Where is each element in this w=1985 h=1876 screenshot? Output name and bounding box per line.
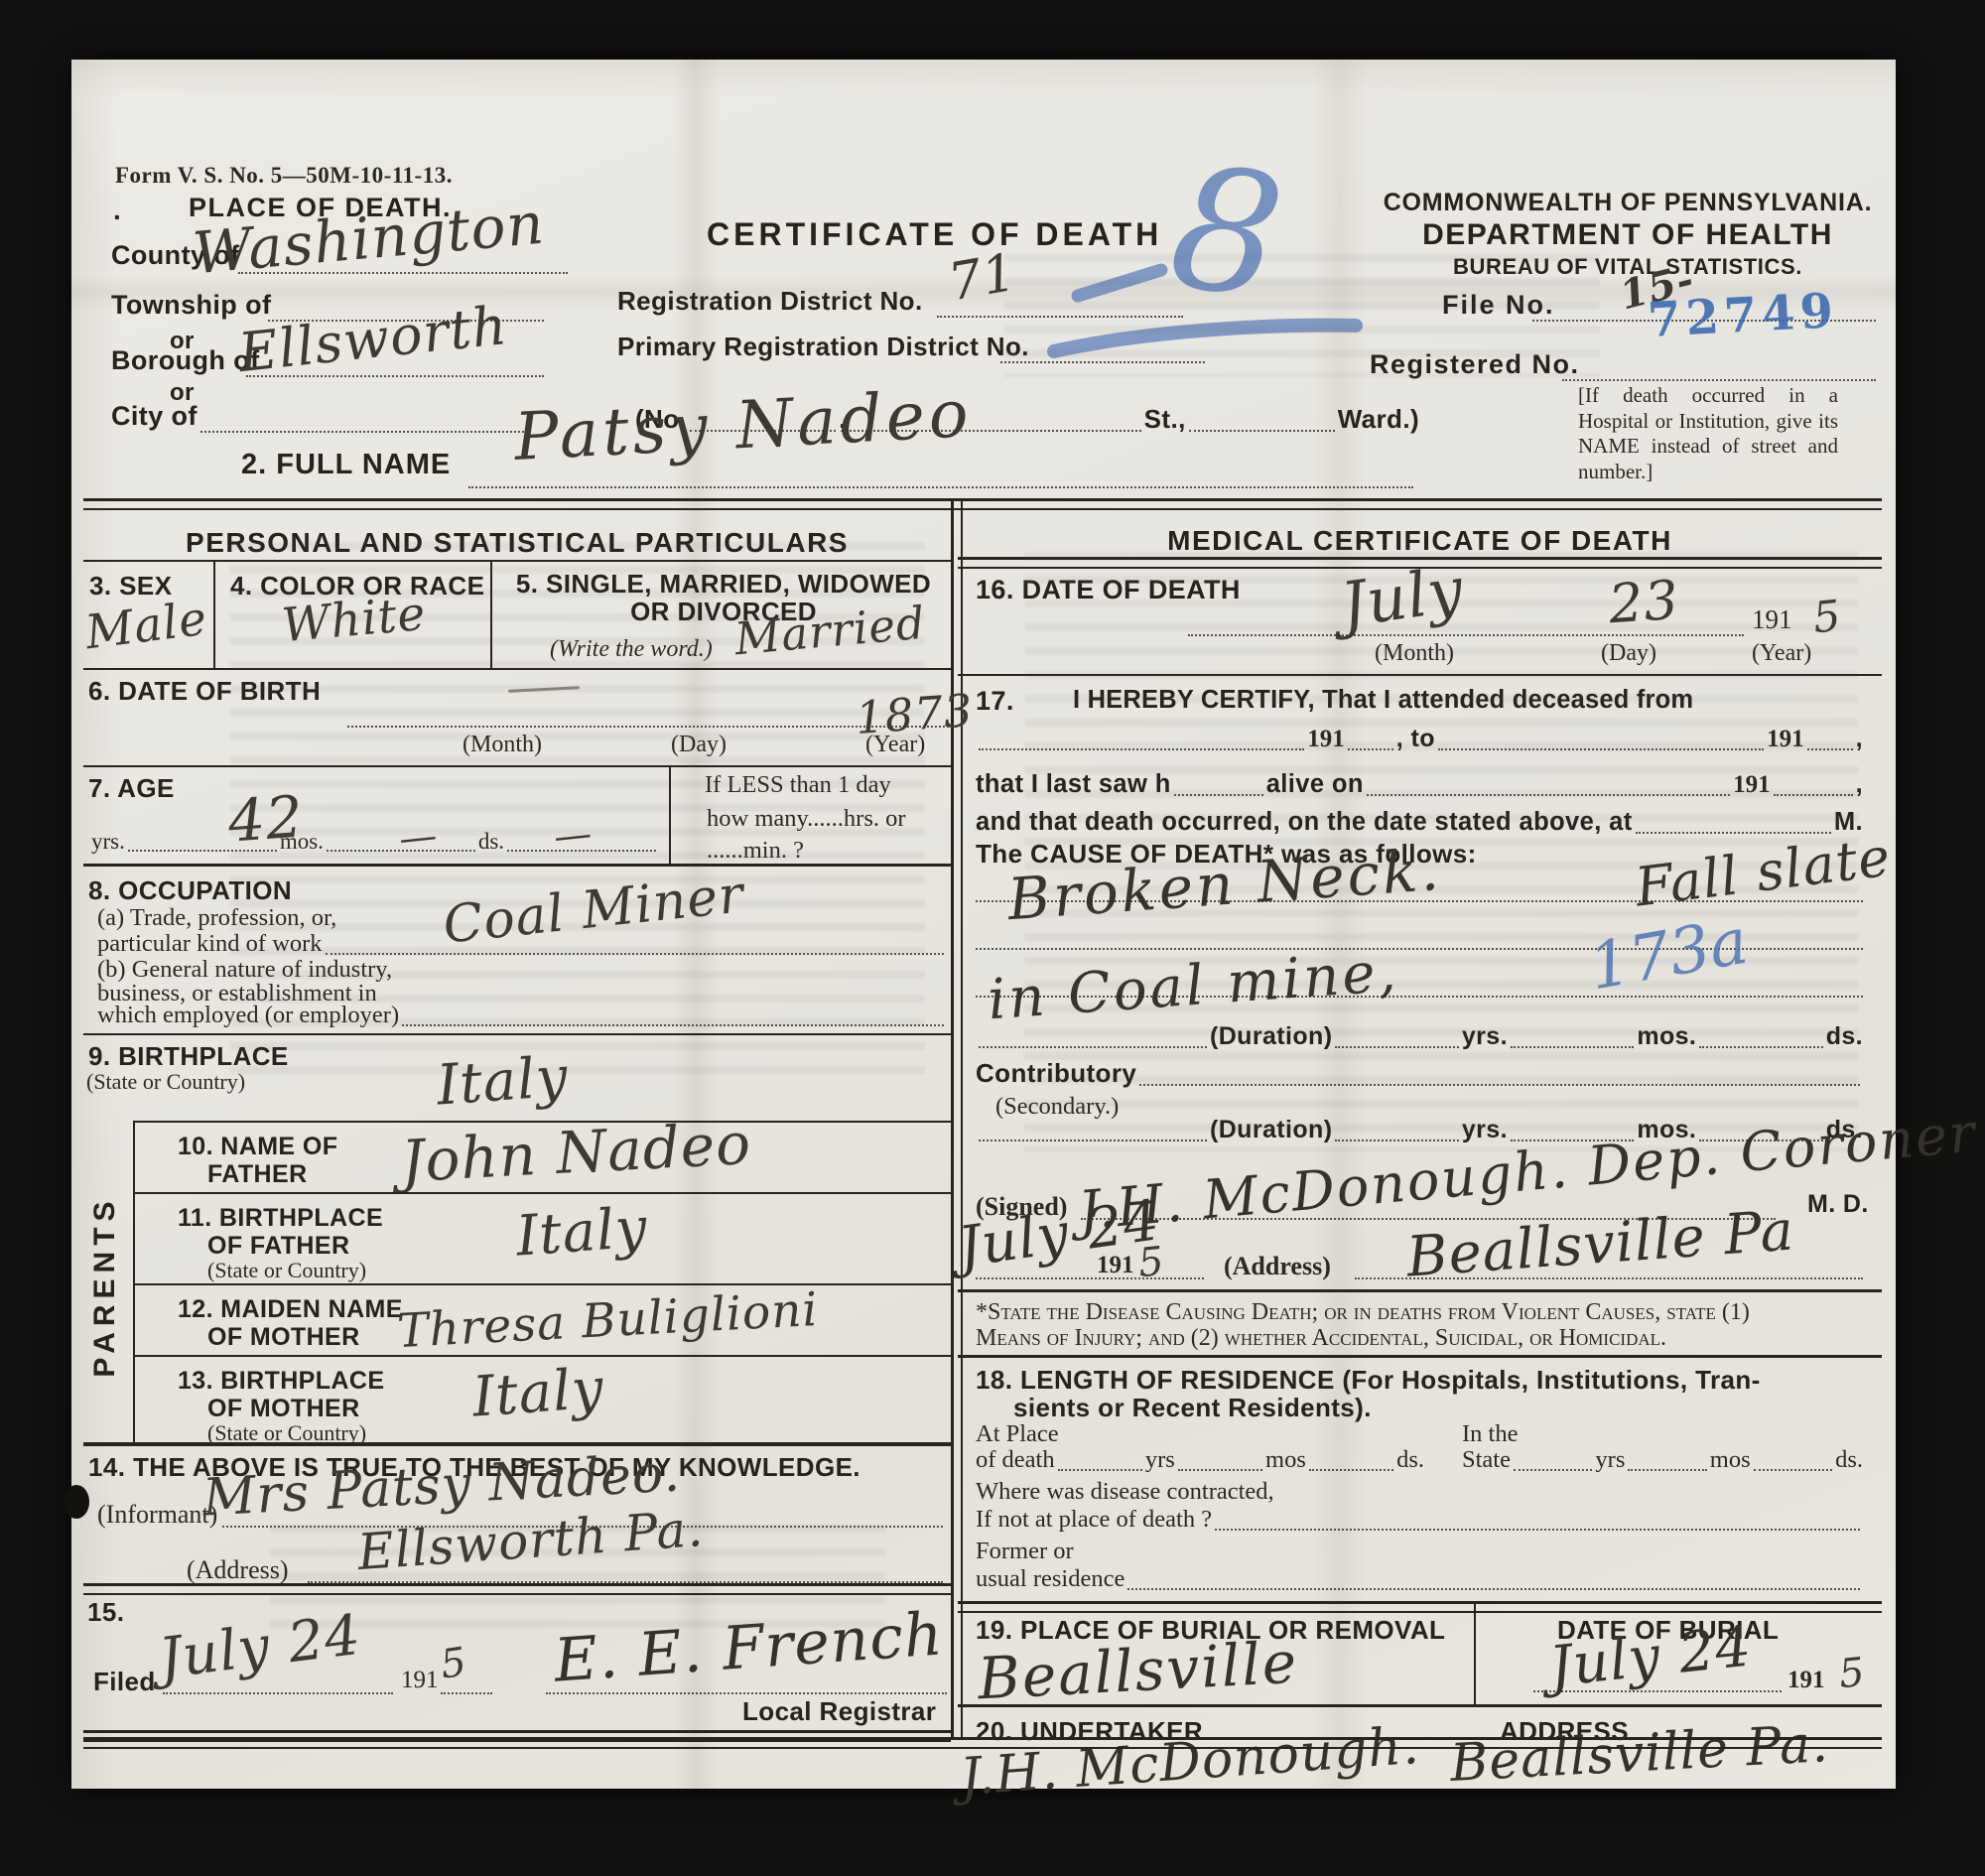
city-label: City of [111,401,198,432]
borough-label: Borough of [111,345,259,376]
father-bp-value: Italy [514,1195,650,1269]
mother-bp-value: Italy [470,1356,606,1429]
father-bp-label-2: OF FATHER [207,1232,349,1261]
md-label: M. D. [1807,1190,1869,1219]
hospital-note: [If death occurred in a Hospital or Inst… [1578,383,1838,484]
mother-bp-label-1: 13. BIRTHPLACE [178,1367,384,1396]
yrs-label: yrs. [91,829,125,855]
registered-no-line [1562,349,1876,381]
signed-date-line [976,1248,1204,1279]
place-of-death-period: . [113,195,121,226]
in-state-row: State yrs mos ds. [1462,1444,1863,1474]
father-name-label-1: 10. NAME OF [178,1133,337,1161]
township-label: Township of [111,290,271,321]
at-place-label-2: of death [976,1446,1055,1474]
bleedthrough-2 [1024,536,1858,1151]
residence-label-1: 18. LENGTH OF RESIDENCE (For Hospitals, … [976,1365,1761,1396]
sex-value: Male [82,592,210,661]
state-mos: mos [1710,1446,1751,1474]
full-name-label: 2. FULL NAME [241,449,451,481]
mother-bp-label-2: OF MOTHER [207,1395,360,1423]
father-bp-label-1: 11. BIRTHPLACE [178,1204,383,1233]
state-yrs: yrs [1595,1446,1625,1474]
burial-date-line [1533,1661,1782,1692]
footnote-line-2: Means of Injury; and (2) whether Acciden… [976,1325,1666,1352]
scanned-death-certificate: { "doc": { "form_number": "Form V. S. No… [0,0,1985,1876]
contracted-row: If not at place of death ? [976,1504,1863,1534]
residence-label-2: sients or Recent Residents). [1013,1393,1372,1423]
scan-blemish [64,1485,89,1519]
father-name-label-2: FATHER [207,1160,308,1189]
bleedthrough-4 [270,1509,885,1628]
city-line [200,401,528,433]
signed-address-line [1355,1248,1863,1279]
mother-name-label-1: 12. MAIDEN NAME [178,1295,403,1324]
former-label-1: Former or [976,1538,1074,1565]
bleedthrough-3 [1004,238,1600,377]
birthplace-hint: (State or Country) [86,1069,245,1095]
former-label-2: usual residence [976,1565,1125,1593]
mother-name-value: Thresa Buliglioni [396,1282,820,1359]
bottom-rule [83,1737,1882,1749]
mother-name-label-2: OF MOTHER [207,1323,360,1352]
filed-no: 15. [87,1597,124,1628]
registrar-label: Local Registrar [742,1696,936,1727]
street-st-label: St., [1144,404,1186,435]
parents-label: PARENTS [88,1138,122,1435]
contracted-label-2: If not at place of death ? [976,1506,1212,1534]
street-ward-label: Ward.) [1338,404,1419,435]
registrar-line [546,1663,947,1694]
filed-year-value: 5 [438,1639,470,1687]
form-number: Form V. S. No. 5—50M-10-11-13. [115,163,453,189]
signed-address-label: (Address) [1224,1252,1331,1281]
at-place-row: of death yrs mos ds. [976,1444,1424,1474]
informant-label: (Informant) [97,1500,217,1530]
place-ds: ds. [1396,1446,1424,1474]
certificate-paper: Form V. S. No. 5—50M-10-11-13. . PLACE O… [71,60,1896,1789]
former-row: usual residence [976,1563,1863,1593]
file-stamp: 72749 [1647,283,1840,348]
sex-color-divider [213,560,215,668]
primary-district-label: Primary Registration District No. [617,332,1029,362]
contracted-label-1: Where was disease contracted, [976,1478,1274,1506]
filed-label: Filed [93,1667,156,1697]
filed-year-prefix: 191 [401,1667,439,1694]
parents-divider [133,1121,135,1444]
in-the-label-2: State [1462,1446,1511,1474]
burial-year-value: 5 [1837,1650,1868,1698]
father-bp-hint: (State or Country) [207,1258,366,1283]
burial-divider [1474,1601,1476,1704]
certify-no: 17. [976,686,1014,717]
place-yrs: yrs [1145,1446,1175,1474]
state-ds: ds. [1835,1446,1863,1474]
footnote-line-1: *State the Disease Causing Death; or in … [976,1299,1750,1326]
bleedthrough-1 [230,526,925,1082]
age-label: 7. AGE [88,773,175,804]
reg-district-label: Registration District No. [617,286,923,317]
burial-year-prefix: 191 [1787,1667,1825,1694]
commonwealth-line: COMMONWEALTH OF PENNSYLVANIA. [1350,189,1906,217]
place-mos: mos [1265,1446,1306,1474]
